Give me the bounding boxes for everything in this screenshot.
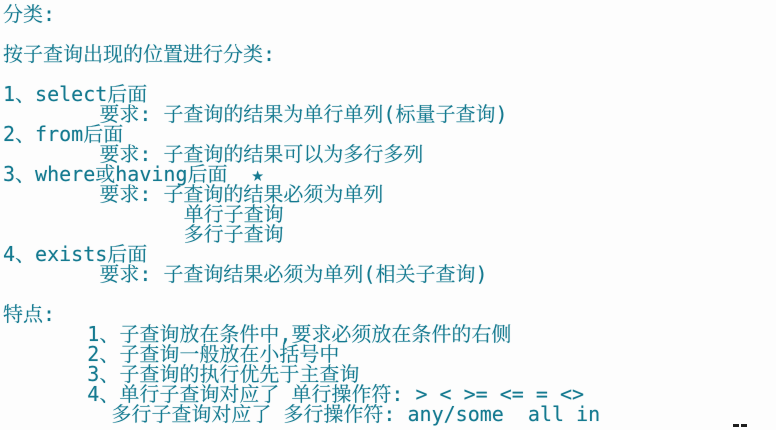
- item-4-requirement: 要求: 子查询结果必须为单列(相关子查询): [3, 264, 773, 284]
- item-1-requirement: 要求: 子查询的结果为单行单列(标量子查询): [3, 104, 773, 124]
- clipped-dark-mark-left: [733, 424, 739, 427]
- item-1-select: 1、select后面: [3, 84, 773, 104]
- feature-3: 3、子查询的执行优先于主查询: [3, 364, 773, 384]
- feature-1: 1、子查询放在条件中,要求必须放在条件的右侧: [3, 324, 773, 344]
- heading-classification: 分类:: [3, 4, 773, 24]
- blank-line: [3, 64, 773, 84]
- clipped-dark-mark-right: [741, 424, 747, 427]
- feature-2: 2、子查询一般放在小括号中: [3, 344, 773, 364]
- item-3-requirement: 要求: 子查询的结果必须为单列: [3, 184, 773, 204]
- item-3-single-row-subquery: 单行子查询: [3, 204, 773, 224]
- intro-position-classification: 按子查询出现的位置进行分类:: [3, 44, 773, 64]
- clipped-dark-mark: [733, 424, 749, 428]
- blank-line: [3, 284, 773, 304]
- feature-4-multi-row-operators: 多行子查询对应了 多行操作符: any/some all in: [3, 404, 773, 424]
- notes-document: 分类: 按子查询出现的位置进行分类: 1、select后面 要求: 子查询的结果…: [3, 4, 773, 424]
- item-3-multi-row-subquery: 多行子查询: [3, 224, 773, 244]
- feature-4-single-row-operators: 4、单行子查询对应了 单行操作符: > < >= <= = <>: [3, 384, 773, 404]
- heading-features: 特点:: [3, 304, 773, 324]
- item-4-exists: 4、exists后面: [3, 244, 773, 264]
- item-2-requirement: 要求: 子查询的结果可以为多行多列: [3, 144, 773, 164]
- blank-line: [3, 24, 773, 44]
- item-2-from: 2、from后面: [3, 124, 773, 144]
- item-3-where-having: 3、where或having后面 ★: [3, 164, 773, 184]
